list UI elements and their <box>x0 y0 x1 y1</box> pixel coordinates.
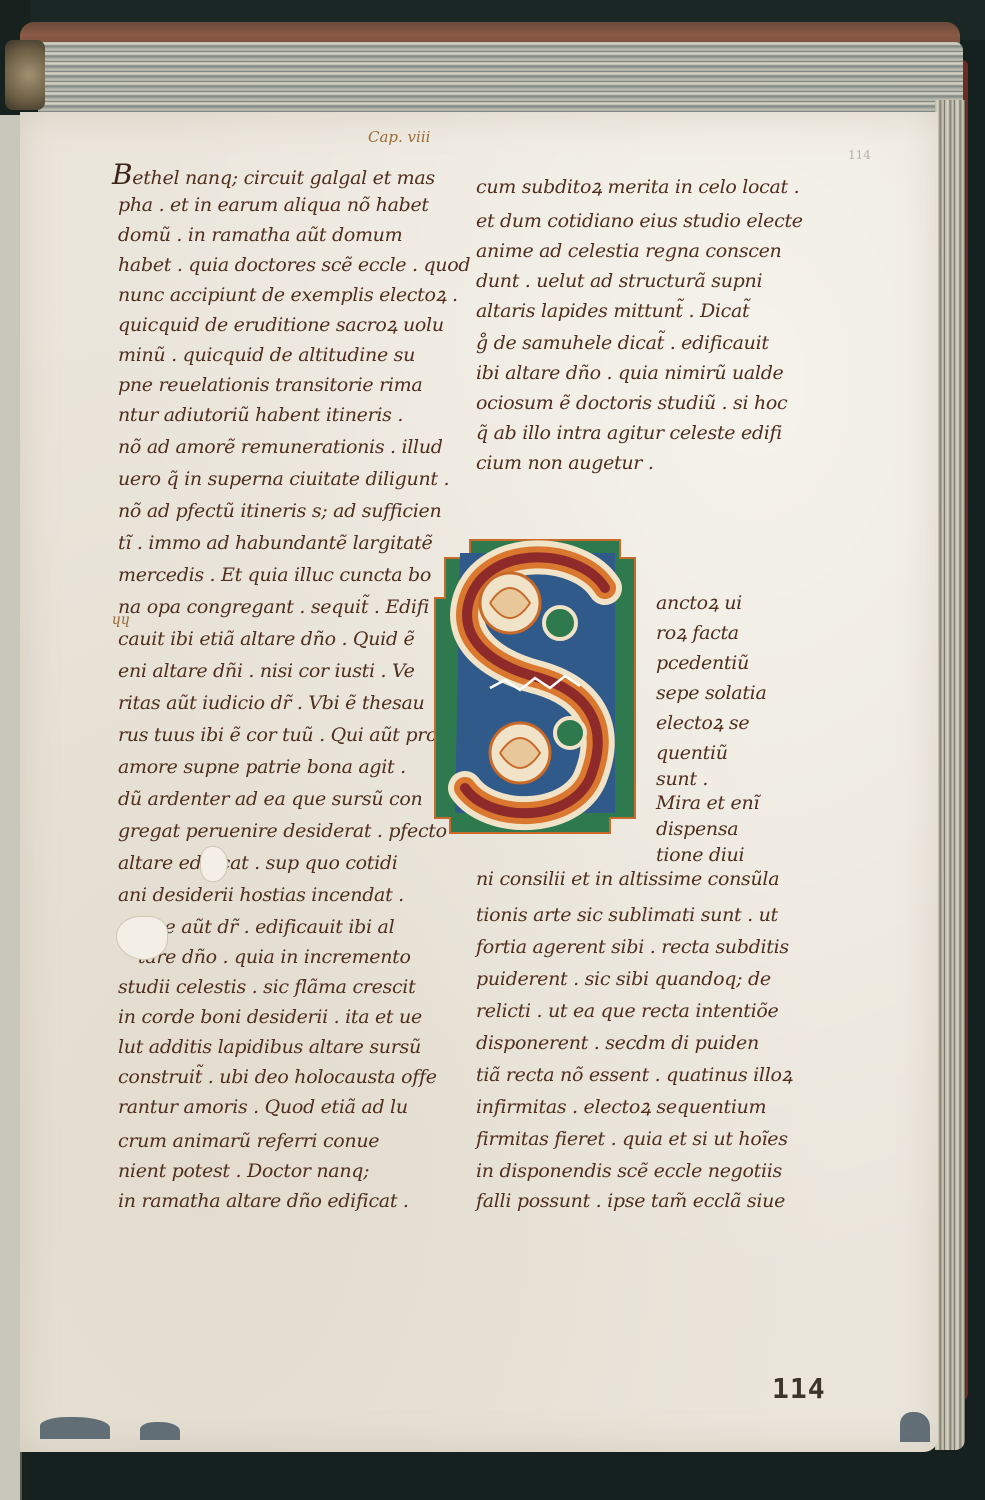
text-line: infirmitas . electoꝝ sequentium <box>476 1092 766 1122</box>
text-line: dunt . uelut ad structurã supni <box>476 266 762 296</box>
text-line: cum subditoꝝ merita in celo locat . <box>476 172 799 202</box>
text-line: anime ad celestia regna conscen <box>476 236 782 266</box>
text-line: altare edificat . sup quo cotidi <box>118 848 398 878</box>
text-line: ani desiderii hostias incendat . <box>118 880 404 910</box>
text-line: gregat peruenire desiderat . pfecto <box>118 816 447 846</box>
text-line: in ramatha altare dño edificat . <box>118 1186 409 1216</box>
text-line: firmitas fieret . quia et si ut hoĩes <box>476 1124 788 1154</box>
text-line: in corde boni desiderii . ita et ue <box>118 1002 422 1032</box>
text-line: nunc accipiunt de exemplis electoꝝ . <box>118 280 458 310</box>
page-damage <box>40 1417 110 1439</box>
text-line: roꝝ facta <box>656 618 739 648</box>
text-line: disponerent . secdm di puiden <box>476 1028 759 1058</box>
text-line: mercedis . Et quia illuc cuncta bo <box>118 560 431 590</box>
text-line: tionis arte sic sublimati sunt . ut <box>476 900 778 930</box>
text-line: na opa congregant . sequit̃ . Edifi <box>118 592 429 622</box>
text-line: g̊ de samuhele dicat̃ . edificauit <box>476 328 769 358</box>
text-line: habet . quia doctores scẽ eccle . quod <box>118 250 470 280</box>
text-line: rus tuus ibi ẽ cor tuũ . Qui aũt pro <box>118 720 437 750</box>
text-line: fortia agerent sibi . recta subditis <box>476 932 789 962</box>
text-line: puiderent . sic sibi quandoq; de <box>476 964 771 994</box>
text-line: nõ ad pfectũ itineris s; ad sufficien <box>118 496 441 526</box>
text-line: tare dño . quia in incremento <box>138 942 411 972</box>
text-line: pha . et in earum aliqua nõ habet <box>118 190 429 220</box>
illuminated-s-icon <box>430 528 638 838</box>
text-line: ibi altare dño . quia nimirũ ualde <box>476 358 784 388</box>
text-line: falli possunt . ipse tam̃ ecclã siue <box>476 1186 785 1216</box>
text-line: in disponendis scẽ eccle negotiis <box>476 1156 782 1186</box>
text-line: rantur amoris . Quod etiã ad lu <box>118 1092 408 1122</box>
text-line: q̃ ab illo intra agitur celeste edifi <box>476 418 782 448</box>
text-line: construit̃ . ubi deo holocausta offe <box>118 1062 437 1092</box>
text-line: pne reuelationis transitorie rima <box>118 370 422 400</box>
page-damage <box>140 1422 180 1440</box>
text-line: ociosum ẽ doctoris studiũ . si hoc <box>476 388 787 418</box>
text-line: nient potest . Doctor nanq; <box>118 1156 369 1186</box>
text-line: ritas aũt iudicio dr̃ . Vbi ẽ thesau <box>118 688 424 718</box>
initial-letter: B <box>112 158 132 191</box>
text-line: anctoꝝ ui <box>656 588 742 618</box>
illuminated-initial-s <box>430 528 638 838</box>
text-line: ntur adiutoriũ habent itineris . <box>118 400 403 430</box>
text-line: electoꝝ se <box>656 708 749 738</box>
text-line: relicti . ut ea que recta intentiõe <box>476 996 778 1026</box>
text-line: nõ ad amorẽ remunerationis . illud <box>118 432 443 462</box>
page-edges-right <box>935 100 965 1450</box>
text-line: sepe solatia <box>656 678 766 708</box>
facing-page-edge <box>0 115 22 1500</box>
text-line: quicquid de eruditione sacroꝝ uolu <box>118 310 444 340</box>
text-line: pcedentiũ <box>656 648 749 678</box>
folio-number: 114 <box>772 1372 826 1405</box>
running-head: Cap. viii <box>368 128 430 146</box>
text-line: uero q̃ in superna ciuitate diligunt . <box>118 464 449 494</box>
text-line: amore supne patrie bona agit . <box>118 752 406 782</box>
text-line: Bethel nanq; circuit galgal et mas <box>112 160 435 190</box>
text-line: studii celestis . sic flãma crescit <box>118 972 415 1002</box>
page-edges-top <box>38 42 963 114</box>
text-line: altaris lapides mittunt̃ . Dicat̃ <box>476 296 749 326</box>
text-line: eni altare dñi . nisi cor iusti . Ve <box>118 656 415 686</box>
text-line: tĩ . immo ad habundantẽ largitatẽ <box>118 528 432 558</box>
text-line: tiã recta nõ essent . quatinus illoꝝ <box>476 1060 792 1090</box>
text-line: crum animarũ referri conue <box>118 1126 379 1156</box>
faint-folio-mark: 114 <box>848 148 871 162</box>
text-line: lut additis lapidibus altare sursũ <box>118 1032 421 1062</box>
spine-endband-icon <box>5 40 45 110</box>
text-line: minũ . quicquid de altitudine su <box>118 340 415 370</box>
text-line: cauit ibi etiã altare dño . Quid ẽ <box>118 624 414 654</box>
text-line: ni consilii et in altissime consũla <box>476 864 779 894</box>
page-damage <box>900 1412 930 1442</box>
text-line: dũ ardenter ad ea que sursũ con <box>118 784 422 814</box>
text-line: cium non augetur . <box>476 448 654 478</box>
text-line: et dum cotidiano eius studio electe <box>476 206 803 236</box>
text-line: domũ . in ramatha aũt domum <box>118 220 402 250</box>
parchment-hole <box>200 846 228 882</box>
